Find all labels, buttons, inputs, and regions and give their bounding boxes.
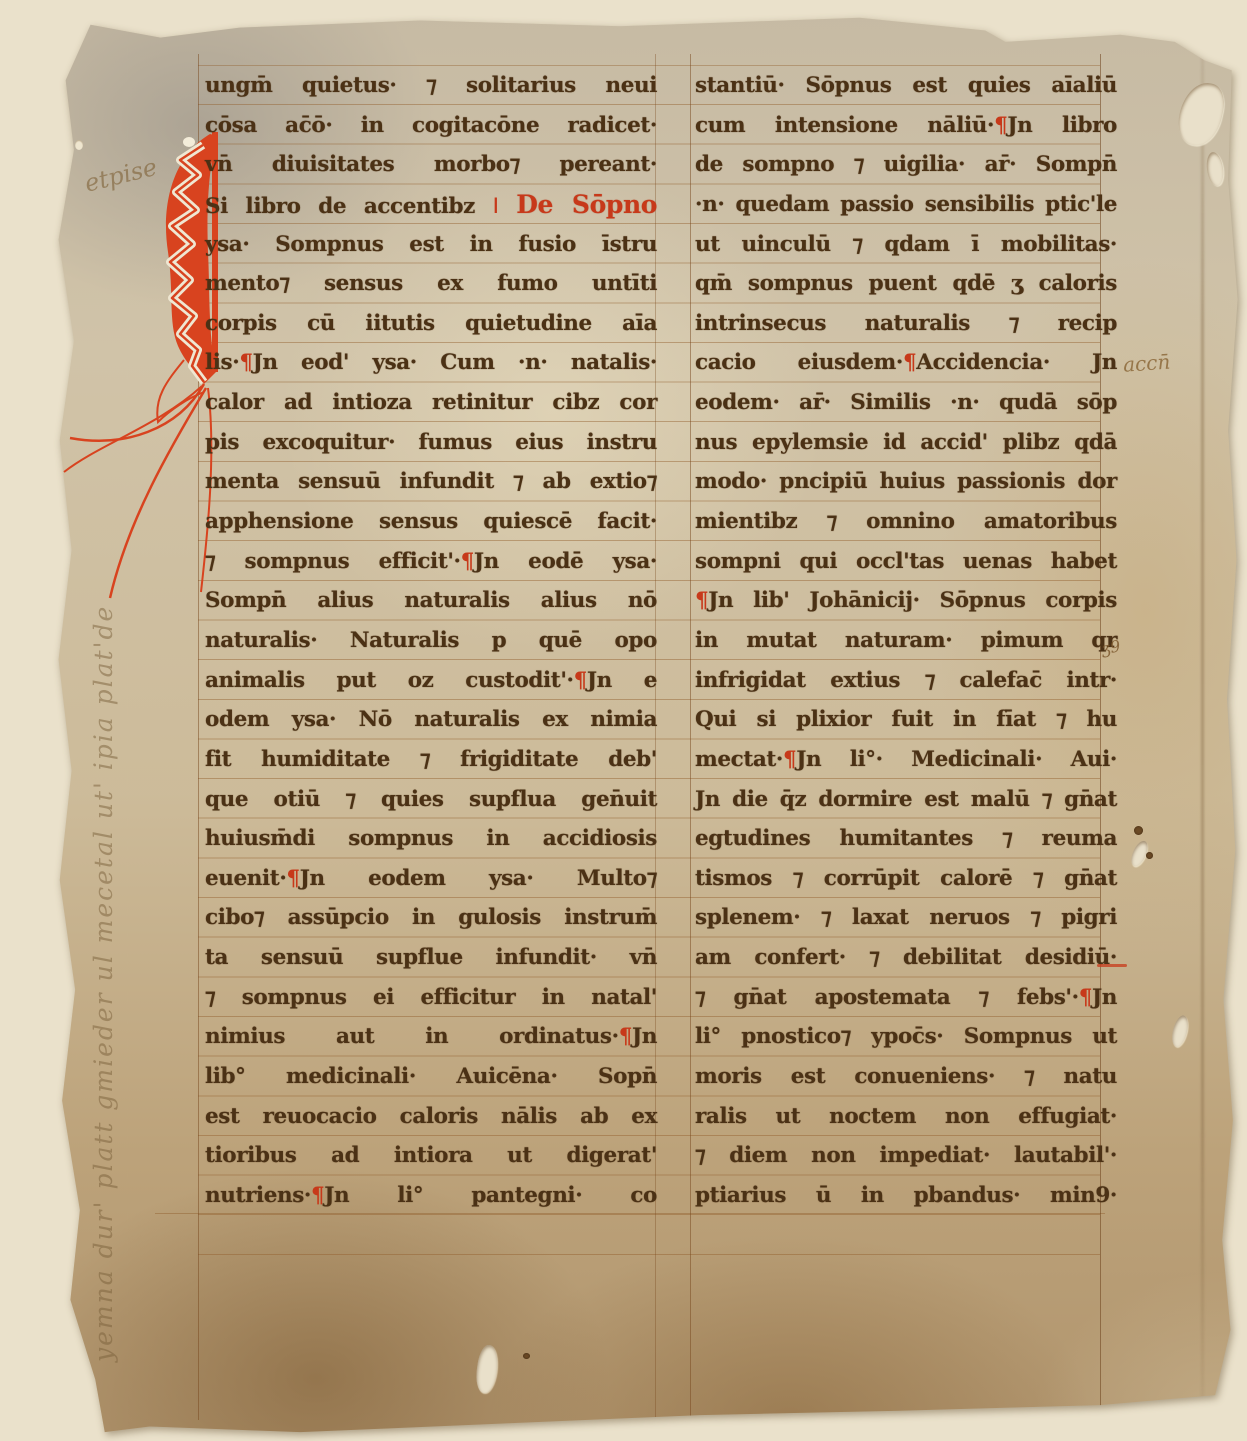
red-paraph-mark: ¶ <box>239 350 252 375</box>
latin-text: sompni qui occl'tas uenas habet <box>695 549 1117 574</box>
text-line: mento⁊ sensus ex fumo untīti <box>205 264 657 304</box>
latin-text: corpis cū iitutis quietudine aīa <box>205 311 657 336</box>
text-line: nimius aut in ordinatus·¶Jn <box>205 1017 657 1057</box>
latin-text: Si libro de accentibz <box>205 194 475 219</box>
red-paraph-mark: ¶ <box>311 1183 324 1208</box>
latin-text: lis· <box>205 350 239 375</box>
latin-text: ralis ut noctem non effugiat· <box>695 1104 1117 1129</box>
text-line: modo· pncipiū huius passionis dor <box>695 462 1117 502</box>
text-line: ptiarius ū in pbandus· min9· <box>695 1176 1117 1216</box>
wormhole <box>1146 852 1153 859</box>
text-line: naturalis· Naturalis p quē opo <box>205 621 657 661</box>
text-line: tismos ⁊ corrūpit calorē ⁊ gn̄at <box>695 859 1117 899</box>
text-line: pis excoquitur· fumus eius instru <box>205 423 657 463</box>
red-paraph-mark: ¶ <box>461 549 474 574</box>
latin-text: nutriens· <box>205 1183 311 1208</box>
tear-hole-top-right-small <box>1205 151 1226 187</box>
latin-text: Jn eod' ysa· Cum ·n· natalis· <box>253 350 657 375</box>
text-line: qm̄ sompnus puent qdē ʒ caloris <box>695 264 1117 304</box>
text-line: ¶Jn lib' Johānicij· Sōpnus corpis <box>695 581 1117 621</box>
text-line: ysa· Sompnus est in fusio īstru <box>205 225 657 265</box>
latin-text: odem ysa· Nō naturalis ex nimia <box>205 707 657 732</box>
text-line: ta sensuū supflue infundit· vn̄ <box>205 938 657 978</box>
parchment-fold-crease <box>1201 52 1204 1397</box>
latin-text: ⁊ gn̄at apostemata ⁊ febs'· <box>695 985 1079 1010</box>
text-line: menta sensuū infundit ⁊ ab extio⁊ <box>205 462 657 502</box>
text-line: Jn die q̄z dormire est malū ⁊ gn̄at <box>695 780 1117 820</box>
text-line: egtudines humitantes ⁊ reuma <box>695 819 1117 859</box>
latin-text: tioribus ad intiora ut digerat' <box>205 1143 657 1168</box>
red-paraph-mark: ǀ <box>475 194 516 219</box>
ruling-vertical-gutter <box>690 54 691 1420</box>
red-paraph-mark: ¶ <box>286 866 299 891</box>
latin-text: Sompn̄ alius naturalis alius nō <box>205 588 657 613</box>
latin-text: mento⁊ sensus ex fumo untīti <box>205 271 657 296</box>
latin-text: ⁊ sompnus ei efficitur in natal' <box>205 985 657 1010</box>
text-line: animalis put oz custodit'·¶Jn e <box>205 661 657 701</box>
latin-text: menta sensuū infundit ⁊ ab extio⁊ <box>205 469 657 494</box>
text-line: moris est conueniens· ⁊ natu <box>695 1057 1117 1097</box>
text-line: Si libro de accentibz ǀ De Sōpno <box>205 185 657 225</box>
red-paraph-mark: ¶ <box>994 113 1007 138</box>
margin-note-left-vertical: yemna dur' platt gmieder ul mecetal ut' … <box>89 162 141 1362</box>
text-line: odem ysa· Nō naturalis ex nimia <box>205 700 657 740</box>
latin-text: ta sensuū supflue infundit· vn̄ <box>205 945 657 970</box>
latin-text: que otiū ⁊ quies supflua gen̄uit <box>205 787 657 812</box>
latin-text: modo· pncipiū huius passionis dor <box>695 469 1117 494</box>
text-line: ⁊ gn̄at apostemata ⁊ febs'·¶Jn <box>695 978 1117 1018</box>
text-line: cōsa ac̄ō· in cogitacōne radicet· <box>205 106 657 146</box>
red-paraph-mark: ¶ <box>619 1024 632 1049</box>
latin-text: ungm̄ quietus· ⁊ solitarius neui <box>205 73 657 98</box>
latin-text: li° pnostico⁊ ypoc̄s· Sompnus ut <box>695 1024 1117 1049</box>
latin-text: infrigidat extius ⁊ calefac̄ intr· <box>695 668 1117 693</box>
text-line: ut uinculū ⁊ qdam ī mobilitas· <box>695 225 1117 265</box>
text-line: ungm̄ quietus· ⁊ solitarius neui <box>205 66 657 106</box>
manuscript-photograph: ungm̄ quietus· ⁊ solitarius neuicōsa ac̄… <box>0 0 1247 1441</box>
latin-text: Jn <box>632 1024 657 1049</box>
red-paraph-mark: ¶ <box>695 588 708 613</box>
text-line: Qui si plixior fuit in fīat ⁊ hu <box>695 700 1117 740</box>
red-paraph-mark: ¶ <box>1079 985 1092 1010</box>
latin-text: calor ad intioza retinitur cibz cor <box>205 390 657 415</box>
latin-text: Jn libro <box>1007 113 1117 138</box>
edge-chip <box>63 342 72 357</box>
latin-text: est reuocacio caloris nālis ab ex <box>205 1104 657 1129</box>
text-line: vn̄ diuisitates morbo⁊ pereant· <box>205 145 657 185</box>
latin-text: ·n· quedam passio sensibilis ptic'le <box>695 192 1117 217</box>
latin-text: stantiū· Sōpnus est quies aīaliū <box>695 73 1117 98</box>
latin-text: tismos ⁊ corrūpit calorē ⁊ gn̄at <box>695 866 1117 891</box>
latin-text: animalis put oz custodit'· <box>205 668 574 693</box>
latin-text: cum intensione nāliū· <box>695 113 994 138</box>
latin-text: mectat· <box>695 747 783 772</box>
latin-text: nimius aut in ordinatus· <box>205 1024 619 1049</box>
text-line: intrinsecus naturalis ⁊ recip <box>695 304 1117 344</box>
margin-note-right: accn̄ <box>1122 347 1203 377</box>
latin-text: nus epylemsie id accid' plibz qdā <box>695 430 1117 455</box>
parchment-leaf: ungm̄ quietus· ⁊ solitarius neuicōsa ac̄… <box>55 12 1240 1435</box>
text-line: ·n· quedam passio sensibilis ptic'le <box>695 185 1117 225</box>
text-line: cibo⁊ assūpcio in gulosis instrum̄ <box>205 898 657 938</box>
latin-text: in mutat naturam· pimum qr <box>695 628 1117 653</box>
latin-text: ysa· Sompnus est in fusio īstru <box>205 232 657 257</box>
text-line: Sompn̄ alius naturalis alius nō <box>205 581 657 621</box>
latin-text: ⁊ diem non impediat· lautabil'· <box>695 1143 1117 1168</box>
text-line: li° pnostico⁊ ypoc̄s· Sompnus ut <box>695 1017 1117 1057</box>
text-line: que otiū ⁊ quies supflua gen̄uit <box>205 780 657 820</box>
latin-text: huiusm̄di sompnus in accidiosis <box>205 826 657 851</box>
latin-text: mientibz ⁊ omnino amatoribus <box>695 509 1117 534</box>
text-line: lis·¶Jn eod' ysa· Cum ·n· natalis· <box>205 343 657 383</box>
text-line: ⁊ diem non impediat· lautabil'· <box>695 1136 1117 1176</box>
latin-text: vn̄ diuisitates morbo⁊ pereant· <box>205 152 657 177</box>
text-line: nus epylemsie id accid' plibz qdā <box>695 423 1117 463</box>
text-line: am confert· ⁊ debilitat desidiū· <box>695 938 1117 978</box>
latin-text: ut uinculū ⁊ qdam ī mobilitas· <box>695 232 1117 257</box>
latin-text: moris est conueniens· ⁊ natu <box>695 1064 1117 1089</box>
text-line: est reuocacio caloris nālis ab ex <box>205 1097 657 1137</box>
tear-hole-top-right <box>1174 78 1228 149</box>
text-line: nutriens·¶Jn li° pantegni· co <box>205 1176 657 1216</box>
latin-text: Accidencia· Jn <box>916 350 1117 375</box>
red-paraph-mark: ¶ <box>574 668 587 693</box>
text-line: eodem· ar̄· Similis ·n· qudā sōp <box>695 383 1117 423</box>
latin-text: am confert· ⁊ debilitat desidiū· <box>695 945 1117 970</box>
text-line: tioribus ad intiora ut digerat' <box>205 1136 657 1176</box>
red-rubric: De Sōpno <box>516 190 657 219</box>
text-line: stantiū· Sōpnus est quies aīaliū <box>695 66 1117 106</box>
edge-chip <box>75 140 83 150</box>
hole-right-lower <box>1169 1014 1190 1048</box>
text-line: corpis cū iitutis quietudine aīa <box>205 304 657 344</box>
latin-text: euenit· <box>205 866 286 891</box>
text-line: fit humiditate ⁊ frigiditate deb' <box>205 740 657 780</box>
text-column-left: ungm̄ quietus· ⁊ solitarius neuicōsa ac̄… <box>205 66 657 1216</box>
text-line: splenem· ⁊ laxat neruos ⁊ pigri <box>695 898 1117 938</box>
wormhole <box>1134 826 1143 835</box>
latin-text: cōsa ac̄ō· in cogitacōne radicet· <box>205 113 657 138</box>
latin-text: de sompno ⁊ uigilia· ar̄· Sompn̄ <box>695 152 1117 177</box>
text-line: lib° medicinali· Auicēna· Sopn̄ <box>205 1057 657 1097</box>
latin-text: cibo⁊ assūpcio in gulosis instrum̄ <box>205 905 657 930</box>
latin-text: Jn lib' Johānicij· Sōpnus corpis <box>708 588 1117 613</box>
text-line: mectat·¶Jn li°· Medicinali· Aui· <box>695 740 1117 780</box>
latin-text: lib° medicinali· Auicēna· Sopn̄ <box>205 1064 657 1089</box>
latin-text: Jn li° pantegni· co <box>324 1183 657 1208</box>
text-line: sompni qui occl'tas uenas habet <box>695 542 1117 582</box>
text-line: in mutat naturam· pimum qr <box>695 621 1117 661</box>
text-line: ⁊ sompnus ei efficitur in natal' <box>205 978 657 1018</box>
latin-text: pis excoquitur· fumus eius instru <box>205 430 657 455</box>
latin-text: fit humiditate ⁊ frigiditate deb' <box>205 747 657 772</box>
red-paraph-mark: ¶ <box>783 747 796 772</box>
text-line: infrigidat extius ⁊ calefac̄ intr· <box>695 661 1117 701</box>
text-line: euenit·¶Jn eodem ysa· Multo⁊ <box>205 859 657 899</box>
latin-text: Jn e <box>587 668 657 693</box>
text-line: cum intensione nāliū·¶Jn libro <box>695 106 1117 146</box>
latin-text: Jn eodem ysa· Multo⁊ <box>300 866 657 891</box>
latin-text: intrinsecus naturalis ⁊ recip <box>695 311 1117 336</box>
text-line: ralis ut noctem non effugiat· <box>695 1097 1117 1137</box>
text-line: huiusm̄di sompnus in accidiosis <box>205 819 657 859</box>
latin-text: Jn <box>1092 985 1117 1010</box>
parchment-shadow-wrap: ungm̄ quietus· ⁊ solitarius neuicōsa ac̄… <box>0 0 1247 1441</box>
latin-text: Jn li°· Medicinali· Aui· <box>796 747 1117 772</box>
latin-text: apphensione sensus quiescē facit· <box>205 509 657 534</box>
latin-text: egtudines humitantes ⁊ reuma <box>695 826 1117 851</box>
wormhole <box>523 1353 530 1359</box>
red-paraph-mark: ¶ <box>903 350 916 375</box>
latin-text: cacio eiusdem· <box>695 350 903 375</box>
latin-text: Jn die q̄z dormire est malū ⁊ gn̄at <box>695 787 1117 812</box>
red-margin-mark <box>1097 964 1127 967</box>
latin-text: ⁊ sompnus efficit'· <box>205 549 461 574</box>
latin-text: qm̄ sompnus puent qdē ʒ caloris <box>695 271 1117 296</box>
latin-text: eodem· ar̄· Similis ·n· qudā sōp <box>695 390 1117 415</box>
text-line: de sompno ⁊ uigilia· ar̄· Sompn̄ <box>695 145 1117 185</box>
latin-text: Jn eodē ysa· <box>474 549 657 574</box>
text-line: cacio eiusdem·¶Accidencia· Jn <box>695 343 1117 383</box>
latin-text: ptiarius ū in pbandus· min9· <box>695 1183 1117 1208</box>
text-column-right: stantiū· Sōpnus est quies aīaliūcum inte… <box>695 66 1117 1216</box>
text-line: ⁊ sompnus efficit'·¶Jn eodē ysa· <box>205 542 657 582</box>
hole-bottom <box>474 1344 500 1394</box>
latin-text: splenem· ⁊ laxat neruos ⁊ pigri <box>695 905 1117 930</box>
text-line: mientibz ⁊ omnino amatoribus <box>695 502 1117 542</box>
text-line: calor ad intioza retinitur cibz cor <box>205 383 657 423</box>
latin-text: naturalis· Naturalis p quē opo <box>205 628 657 653</box>
text-line: apphensione sensus quiescē facit· <box>205 502 657 542</box>
latin-text: Qui si plixior fuit in fīat ⁊ hu <box>695 707 1117 732</box>
